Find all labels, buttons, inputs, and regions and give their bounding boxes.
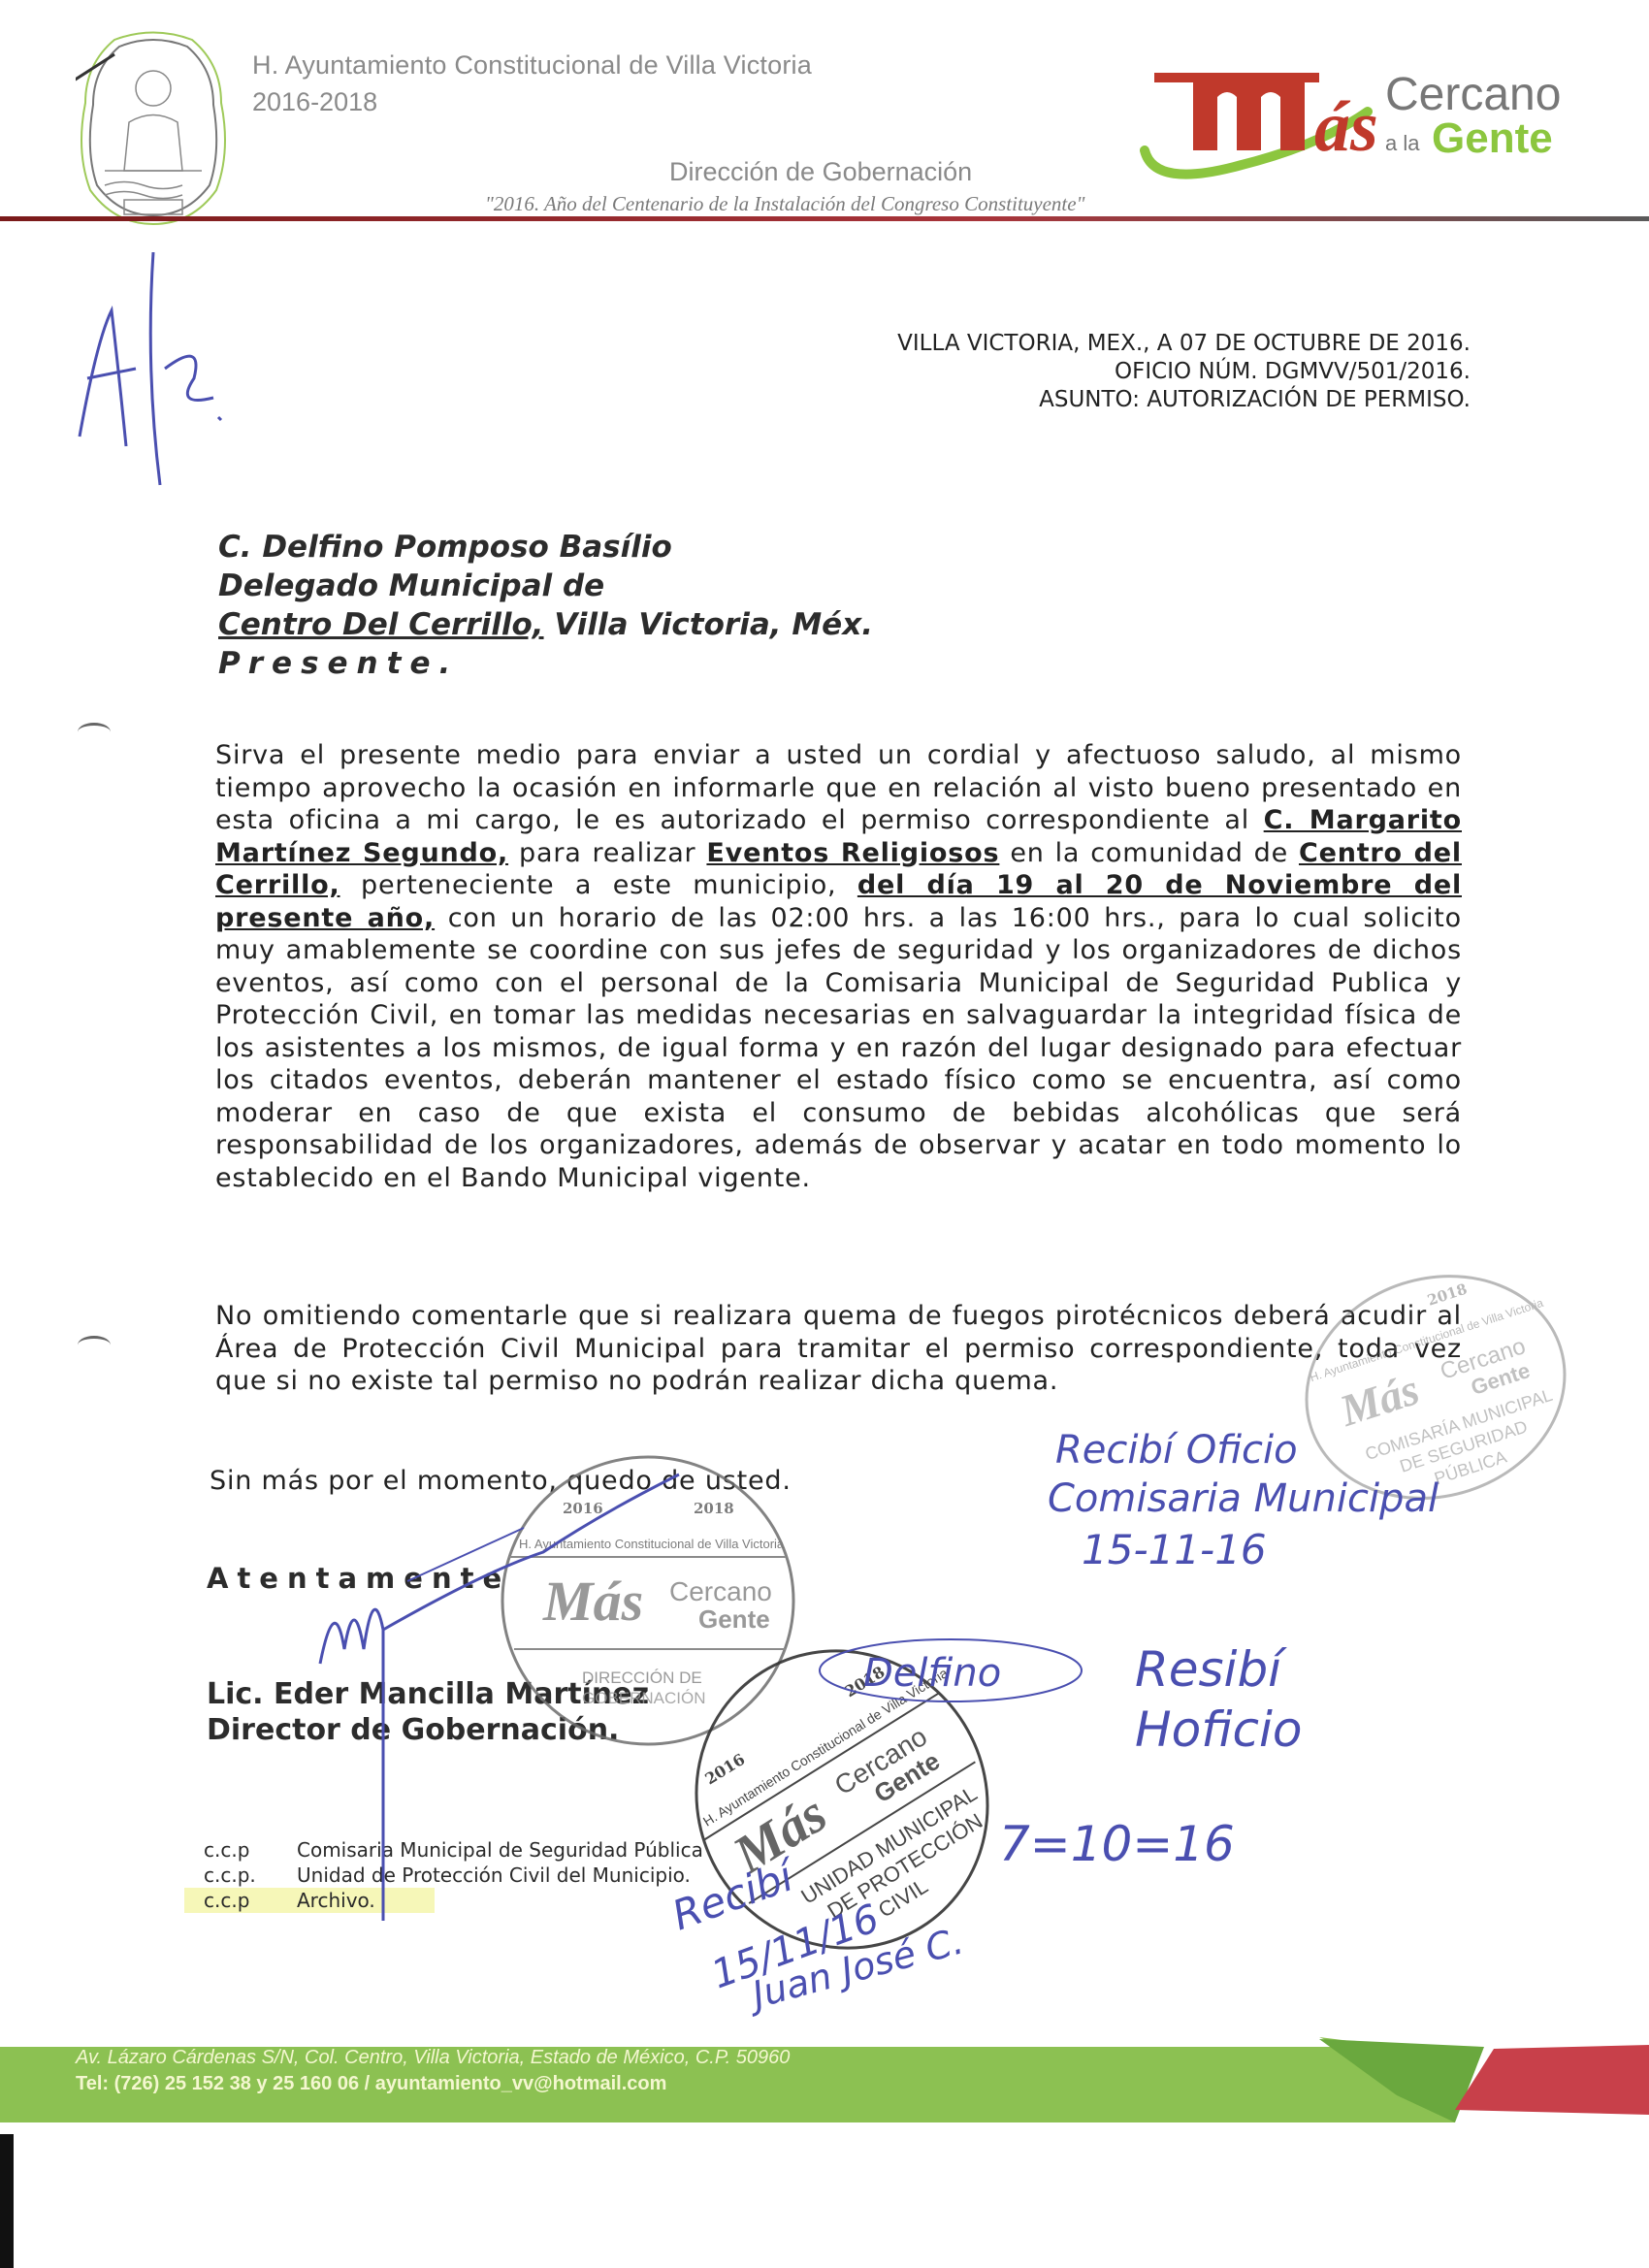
svg-text:PÚBLICA: PÚBLICA [1432, 1446, 1509, 1489]
institution-name: H. Ayuntamiento Constitucional de Villa … [252, 50, 812, 81]
svg-text:15-11-16: 15-11-16 [1082, 1526, 1267, 1573]
svg-text:H. Ayuntamiento Constitucional: H. Ayuntamiento Constitucional de Villa … [519, 1537, 785, 1551]
body-paragraph-2: No omitiendo comentarle que si realizara… [215, 1300, 1462, 1398]
municipal-crest-logo [76, 25, 231, 229]
punch-hole-mark [78, 1336, 111, 1354]
closing-line: Sin más por el momento, quedo de usted. [210, 1465, 792, 1498]
addressee-title: Delegado Municipal de [218, 567, 873, 605]
addressee-name: C. Delfino Pomposo Basílio [218, 528, 873, 567]
svg-text:DE SEGURIDAD: DE SEGURIDAD [1398, 1416, 1531, 1475]
svg-text:UNIDAD MUNICIPAL: UNIDAD MUNICIPAL [796, 1781, 981, 1909]
svg-text:Recibí Oficio: Recibí Oficio [1055, 1428, 1298, 1473]
signer-block: Lic. Eder Mancilla Martínez Director de … [207, 1676, 649, 1748]
year-motto: "2016. Año del Centenario de la Instalac… [485, 192, 1084, 216]
svg-text:Cercano: Cercano [829, 1721, 932, 1800]
punch-hole-mark [78, 723, 111, 741]
svg-text:Resibí: Resibí [1135, 1641, 1287, 1698]
body-text: con un horario de las 02:00 hrs. a las 1… [215, 903, 1462, 1193]
svg-text:7=10=16: 7=10=16 [999, 1816, 1235, 1872]
svg-text:2018: 2018 [694, 1500, 734, 1517]
body-text: perteneciente a este municipio, [340, 870, 857, 900]
svg-text:2016: 2016 [701, 1750, 748, 1789]
svg-text:Cercano: Cercano [1385, 69, 1561, 120]
proteccion-civil-stamp: 2016 2018 H. Ayuntamiento Constitucional… [640, 1589, 1054, 2003]
svg-text:Gente: Gente [1468, 1358, 1533, 1400]
svg-text:Delfino: Delfino [863, 1651, 1001, 1696]
body-paragraph-1: Sirva el presente medio para enviar a us… [215, 739, 1462, 1194]
footer-address: Av. Lázaro Cárdenas S/N, Col. Centro, Vi… [76, 2047, 790, 2069]
body-text: en la comunidad de [999, 838, 1299, 868]
svg-text:DE PROTECCIÓN: DE PROTECCIÓN [823, 1808, 986, 1923]
signer-name: Lic. Eder Mancilla Martínez [207, 1676, 649, 1712]
carbon-copy-list: c.c.pComisaria Municipal de Seguridad Pú… [204, 1837, 703, 1913]
valediction: Atentamente [207, 1562, 510, 1595]
body-text: para realizar [508, 838, 706, 868]
svg-text:H. Ayuntamiento Constitucional: H. Ayuntamiento Constitucional de Villa … [700, 1665, 951, 1830]
scan-edge-shadow [0, 2134, 14, 2268]
svg-text:Juan José C.: Juan José C. [741, 1919, 968, 2018]
signer-position: Director de Gobernación. [207, 1712, 649, 1748]
header-divider [0, 216, 1649, 221]
svg-text:Gente: Gente [869, 1746, 945, 1808]
svg-text:Más: Más [542, 1570, 643, 1633]
ccp-item: c.c.p.Unidad de Protección Civil del Mun… [204, 1863, 703, 1888]
svg-text:ás: ás [1314, 87, 1378, 167]
administration-period: 2016-2018 [252, 87, 377, 117]
svg-text:2016: 2016 [563, 1500, 603, 1517]
handwritten-initials [58, 252, 252, 495]
svg-text:Comisaria Municipal: Comisaria Municipal [1048, 1476, 1439, 1521]
svg-text:CIVIL: CIVIL [874, 1873, 932, 1922]
emphasized-text: Eventos Religiosos [706, 838, 999, 868]
ccp-item: c.c.pComisaria Municipal de Seguridad Pú… [204, 1837, 703, 1863]
presente: Presente. [218, 644, 873, 683]
svg-text:a la: a la [1385, 131, 1420, 155]
svg-text:Gente: Gente [1432, 114, 1553, 162]
svg-text:Gente: Gente [698, 1604, 770, 1634]
addressee-block: C. Delfino Pomposo Basílio Delegado Muni… [218, 528, 873, 683]
footer-contact: Tel: (726) 25 152 38 y 25 160 06 / ayunt… [76, 2073, 666, 2095]
subject-line: ASUNTO: AUTORIZACIÓN DE PERMISO. [897, 386, 1471, 414]
oficio-number: OFICIO NÚM. DGMVV/501/2016. [897, 358, 1471, 386]
svg-text:Hoficio: Hoficio [1135, 1701, 1302, 1758]
svg-text:Más: Más [723, 1784, 837, 1887]
svg-text:Cercano: Cercano [669, 1576, 772, 1606]
mas-cercano-brand-logo: ás Cercano a la Gente [1125, 53, 1591, 179]
addressee-locality: Centro Del Cerrillo, Villa Victoria, Méx… [218, 605, 873, 644]
place-date: VILLA VICTORIA, MEX., A 07 DE OCTUBRE DE… [897, 330, 1471, 358]
reference-block: VILLA VICTORIA, MEX., A 07 DE OCTUBRE DE… [897, 330, 1471, 414]
department-name: Dirección de Gobernación [669, 157, 972, 187]
ccp-item: c.c.pArchivo. [184, 1888, 435, 1913]
svg-text:2018: 2018 [842, 1663, 889, 1701]
svg-text:15/11/16: 15/11/16 [706, 1896, 886, 1998]
